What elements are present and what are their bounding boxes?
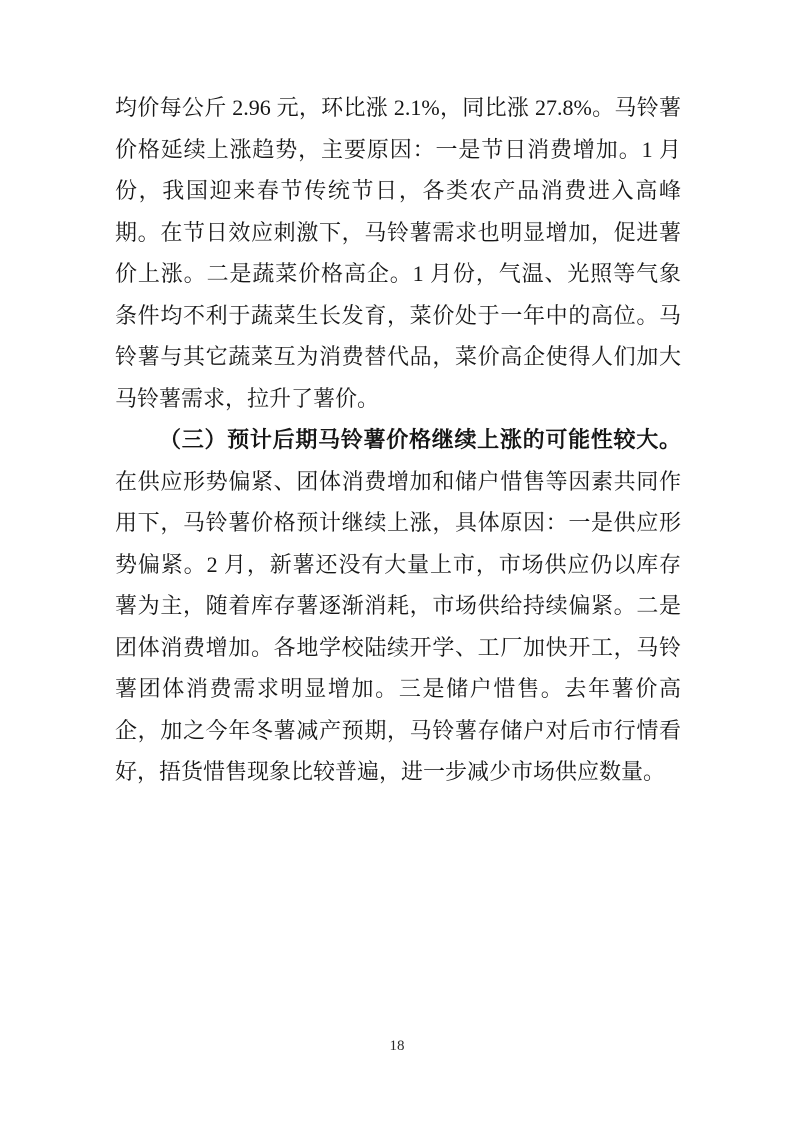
document-body: 均价每公斤 2.96 元，环比涨 2.1%，同比涨 27.8%。马铃薯价格延续上… — [115, 87, 681, 793]
page-footer: 18 — [0, 1036, 794, 1056]
text-run: 在供应形势偏紧、团体消费增加和储户惜售等因素共同作用下，马铃薯价格预计继续上涨，… — [115, 469, 681, 785]
paragraph: （三）预计后期马铃薯价格继续上涨的可能性较大。在供应形势偏紧、团体消费增加和储户… — [115, 419, 681, 793]
page-number: 18 — [390, 1038, 405, 1054]
document-page: 均价每公斤 2.96 元，环比涨 2.1%，同比涨 27.8%。马铃薯价格延续上… — [0, 0, 794, 1123]
paragraph: 均价每公斤 2.96 元，环比涨 2.1%，同比涨 27.8%。马铃薯价格延续上… — [115, 87, 681, 419]
bold-heading-run: （三）预计后期马铃薯价格继续上涨的可能性较大。 — [159, 427, 681, 452]
text-run: 均价每公斤 2.96 元，环比涨 2.1%，同比涨 27.8%。马铃薯价格延续上… — [115, 95, 681, 411]
